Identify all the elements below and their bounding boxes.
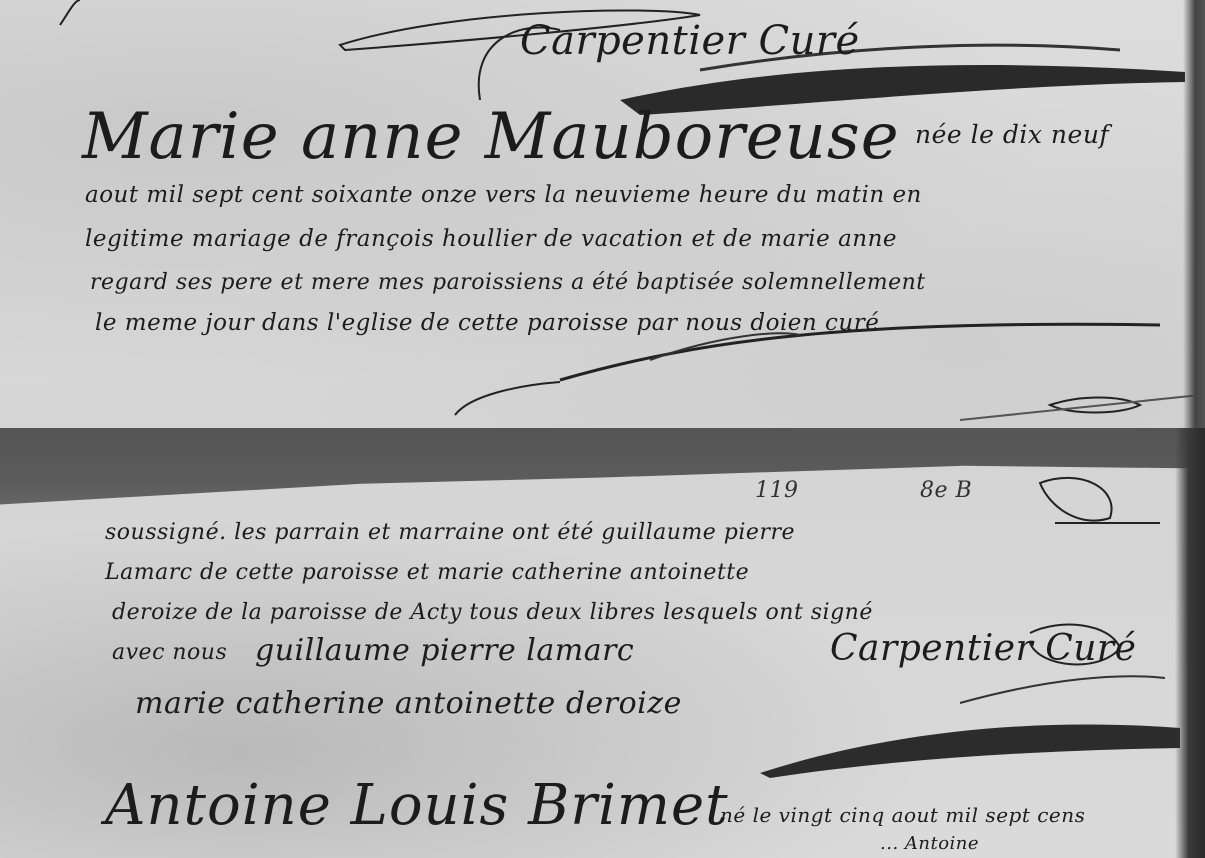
page-edge-shadow xyxy=(1183,0,1205,428)
signature-godmother: marie catherine antoinette deroize xyxy=(135,686,682,721)
record-line-1: aout mil sept cent soixante onze vers la… xyxy=(85,182,922,208)
record-line-3: avec nous xyxy=(112,640,227,665)
page-edge-shadow xyxy=(1175,428,1205,858)
record-line-3: regard ses pere et mere mes paroissiens … xyxy=(90,270,926,295)
record-line-2: deroize de la paroisse de Acty tous deux… xyxy=(112,600,873,625)
next-record-line-1: ... Antoine xyxy=(880,833,979,854)
next-record-line-0: né le vingt cinq aout mil sept cens xyxy=(720,803,1085,827)
record-line-4: le meme jour dans l'eglise de cette paro… xyxy=(95,310,879,336)
signature-godfather: guillaume pierre lamarc xyxy=(255,633,634,668)
register-page-upper: Carpentier Curé Marie anne Mauboreuse né… xyxy=(0,0,1205,428)
register-page-lower: 119 8e B soussigné. les parrain et marra… xyxy=(0,428,1205,858)
child-name-heading: Marie anne Mauboreuse xyxy=(82,100,900,174)
signature-flourish-icon xyxy=(0,0,1205,428)
signature-top: Carpentier Curé xyxy=(520,18,860,64)
folio-mark: 8e B xyxy=(920,478,972,503)
record-line-0: soussigné. les parrain et marraine ont é… xyxy=(105,520,795,545)
record-line-1: Lamarc de cette paroisse et marie cather… xyxy=(105,560,749,585)
signature-cure: Carpentier Curé xyxy=(830,628,1136,669)
record-line-0: née le dix neuf xyxy=(915,120,1109,149)
record-line-2: legitime mariage de françois houllier de… xyxy=(85,226,897,252)
next-child-name: Antoine Louis Brimet xyxy=(105,773,729,838)
folio-number: 119 xyxy=(755,478,799,503)
